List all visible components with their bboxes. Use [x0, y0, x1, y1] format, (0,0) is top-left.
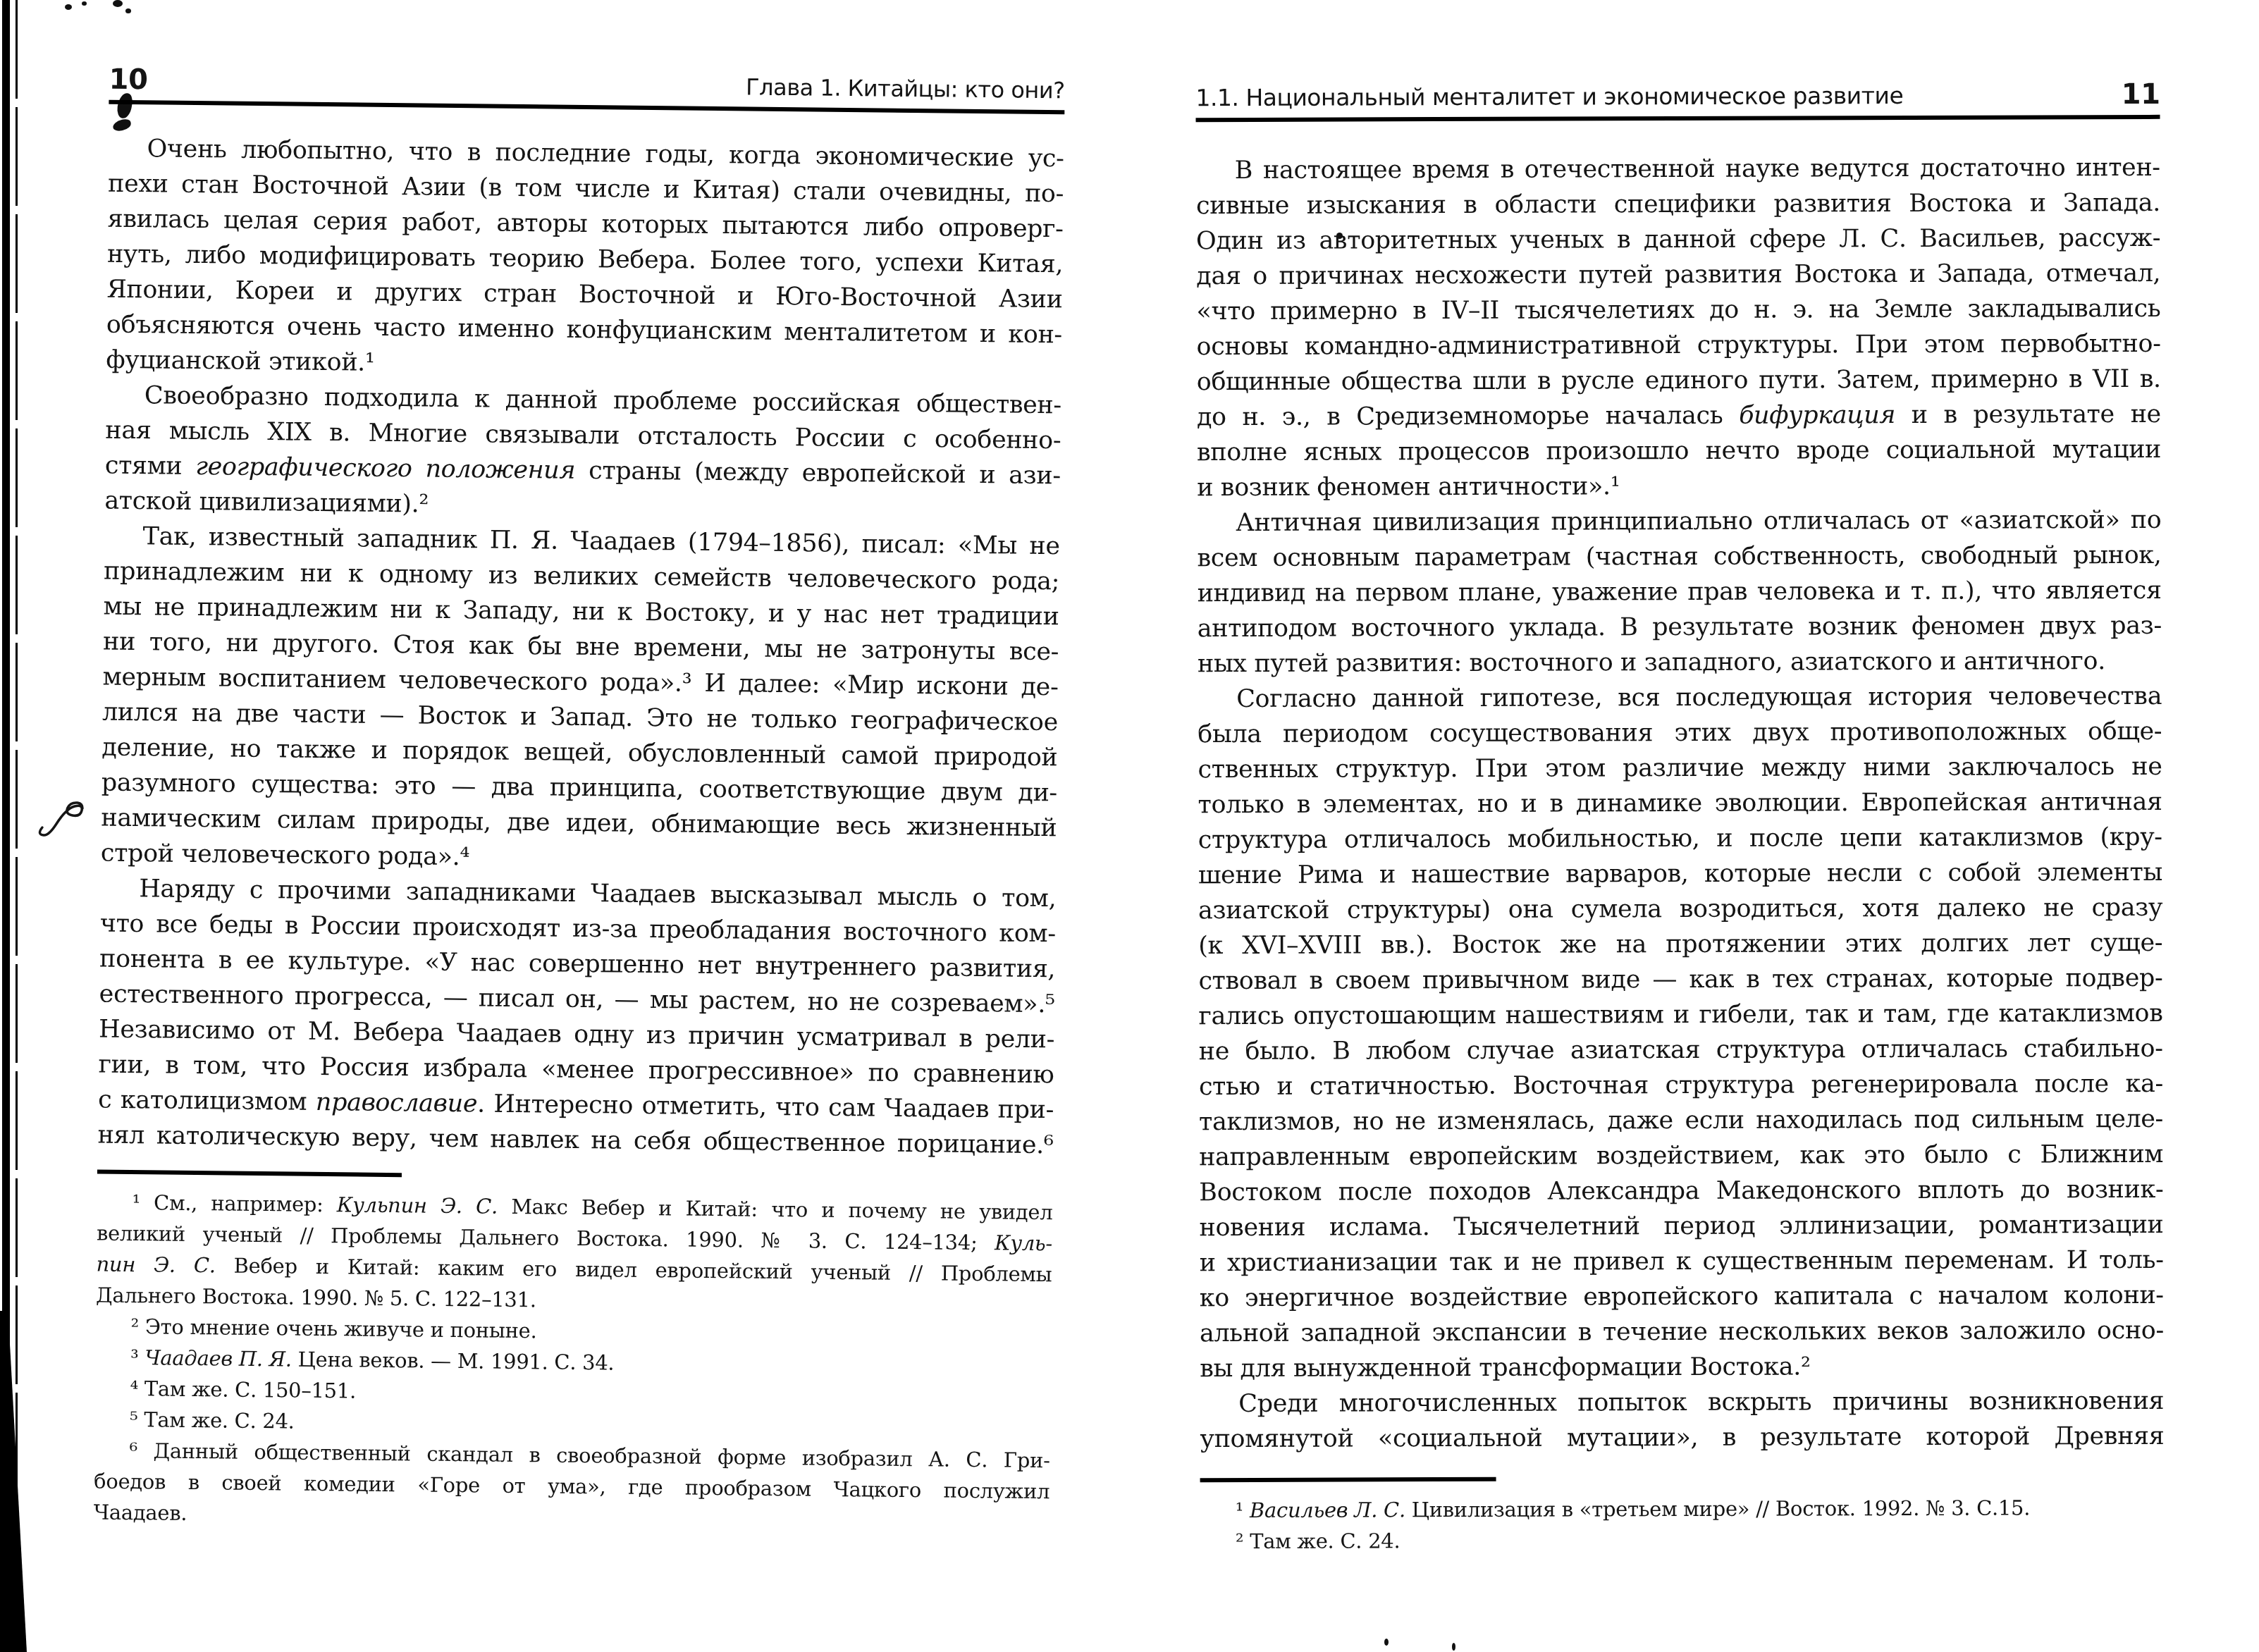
text-line: азиатской структуры) она сумела возродит…	[1198, 890, 2162, 928]
paragraph: Среди многочисленных попыток вскрыть при…	[1200, 1383, 2164, 1457]
text-line: индивид на первом плане, уважение прав ч…	[1198, 573, 2162, 611]
text-line: сивные изыскания в области специфики раз…	[1196, 185, 2160, 223]
paragraph: В настоящее время в отечественной науке …	[1196, 150, 2162, 505]
text-line: и христианизации так и не привел к сущес…	[1200, 1243, 2164, 1281]
text-line: структура отличалось мобильностью, и пос…	[1198, 820, 2162, 858]
text-line: гались опустошающим нашествиям и гибели,…	[1198, 996, 2162, 1034]
text-line: вы для вынужденной трансформации Востока…	[1200, 1348, 2164, 1386]
text-line: упомянутой «социальной мутации», в резул…	[1200, 1419, 2164, 1457]
left-page-body: Очень любопытно, что в последние годы, к…	[97, 131, 1064, 1164]
text-line: только в элементах, но и в динамике эвол…	[1198, 784, 2162, 822]
paragraph: ¹ См., например: Кульпин Э. С. Макс Вебе…	[96, 1187, 1053, 1321]
page-number: 11	[2122, 80, 2160, 109]
right-page: 1.1. Национальный менталитет и экономиче…	[1195, 0, 2165, 1557]
text-line: ² Там же. С. 24.	[1200, 1523, 2165, 1557]
right-page-footnotes: ¹ Васильев Л. С. Цивилизация в «третьем …	[1200, 1492, 2165, 1557]
text-line: основы командно-административной структу…	[1196, 326, 2160, 364]
text-line: дая о причинах несхожести путей развития…	[1196, 256, 2160, 294]
text-line: альной западной экспансии в течение неск…	[1200, 1313, 2164, 1351]
footnote-separator-rule	[97, 1170, 402, 1178]
text-line: В настоящее время в отечественной науке …	[1196, 150, 2160, 188]
text-line: ¹ Васильев Л. С. Цивилизация в «третьем …	[1200, 1492, 2165, 1526]
scan-speck	[1384, 1639, 1389, 1646]
paragraph: Античная цивилизация принципиально отлич…	[1197, 503, 2162, 682]
paragraph: Согласно данной гипотезе, вся последующа…	[1198, 679, 2164, 1386]
paragraph: Наряду с прочими западниками Чаадаев выс…	[97, 871, 1056, 1164]
header-rule	[1196, 115, 2160, 122]
paragraph: ² Там же. С. 24.	[1200, 1523, 2165, 1557]
scan-speck	[82, 1, 87, 6]
paragraph: ⁶ Данный общественный скандал в своеобра…	[94, 1435, 1050, 1539]
text-line: новения ислама. Тысячелетний период элли…	[1199, 1207, 2163, 1245]
paragraph: ¹ Васильев Л. С. Цивилизация в «третьем …	[1200, 1492, 2165, 1526]
left-page-footnotes: ¹ См., например: Кульпин Э. С. Макс Вебе…	[94, 1187, 1053, 1539]
text-line: до н. э., в Средиземноморье началась биф…	[1197, 397, 2161, 435]
text-line: таклизмов, но не изменялась, даже если н…	[1199, 1102, 2163, 1140]
text-line: была периодом сосуществования этих двух …	[1198, 714, 2162, 752]
text-line: не было. В любом случае азиатская структ…	[1199, 1031, 2163, 1069]
book-binding-edge-bottom	[0, 1311, 27, 1652]
right-page-body: В настоящее время в отечественной науке …	[1196, 150, 2165, 1457]
text-line: всем основным параметрам (частная собств…	[1197, 538, 2161, 576]
text-line: ных путей развития: восточного и западно…	[1198, 643, 2162, 682]
text-line: Востоком после походов Александра Македо…	[1199, 1172, 2163, 1210]
text-line: антиподом восточного уклада. В результат…	[1198, 608, 2162, 646]
text-line: ственных структур. При этом различие меж…	[1198, 749, 2162, 787]
text-line: шение Рима и нашествие варваров, которые…	[1198, 855, 2162, 893]
left-page: 10 Глава 1. Китайцы: кто они? Очень любо…	[94, 0, 1066, 1538]
text-line: вполне ясных процессов произошло нечто в…	[1197, 432, 2161, 470]
text-line: Среди многочисленных попыток вскрыть при…	[1200, 1383, 2164, 1422]
text-line: «что примерно в IV–II тысячелетиях до н.…	[1196, 291, 2160, 329]
text-line: общинные общества шли в русле единого пу…	[1197, 362, 2161, 400]
handwritten-margin-mark	[37, 774, 100, 844]
text-line: направленным европейским воздействием, к…	[1199, 1137, 2163, 1175]
page-edge-line	[16, 0, 18, 1652]
text-line: Один из авторитетных ученых в данной сфе…	[1196, 221, 2160, 259]
page-number: 10	[109, 66, 148, 94]
text-line: стью и статичностью. Восточная структура…	[1199, 1066, 2163, 1104]
scan-speck	[65, 4, 72, 10]
text-line: (к XVI–XVIII вв.). Восток же на протяжен…	[1198, 925, 2162, 963]
running-header-section: 1.1. Национальный менталитет и экономиче…	[1195, 82, 1903, 111]
text-line: Античная цивилизация принципиально отлич…	[1197, 503, 2161, 541]
paragraph: Очень любопытно, что в последние годы, к…	[106, 131, 1064, 388]
running-header-chapter: Глава 1. Китайцы: кто они?	[746, 75, 1065, 104]
paragraph: Своеобразно подходила к данной проблеме …	[104, 378, 1061, 529]
right-page-header: 1.1. Национальный менталитет и экономиче…	[1195, 80, 2160, 111]
paragraph: Так, известный западник П. Я. Чаадаев (1…	[101, 519, 1060, 882]
text-line: и возник феномен античности».¹	[1197, 467, 2161, 505]
scan-speck	[1452, 1643, 1455, 1651]
text-line: ко энергичное воздействие европейского к…	[1200, 1278, 2164, 1316]
text-line: Согласно данной гипотезе, вся последующа…	[1198, 679, 2162, 717]
text-line: ствовал в своем привычном виде — как в т…	[1198, 961, 2162, 999]
left-page-header: 10 Глава 1. Китайцы: кто они?	[109, 66, 1065, 104]
footnote-separator-rule	[1200, 1477, 1496, 1482]
